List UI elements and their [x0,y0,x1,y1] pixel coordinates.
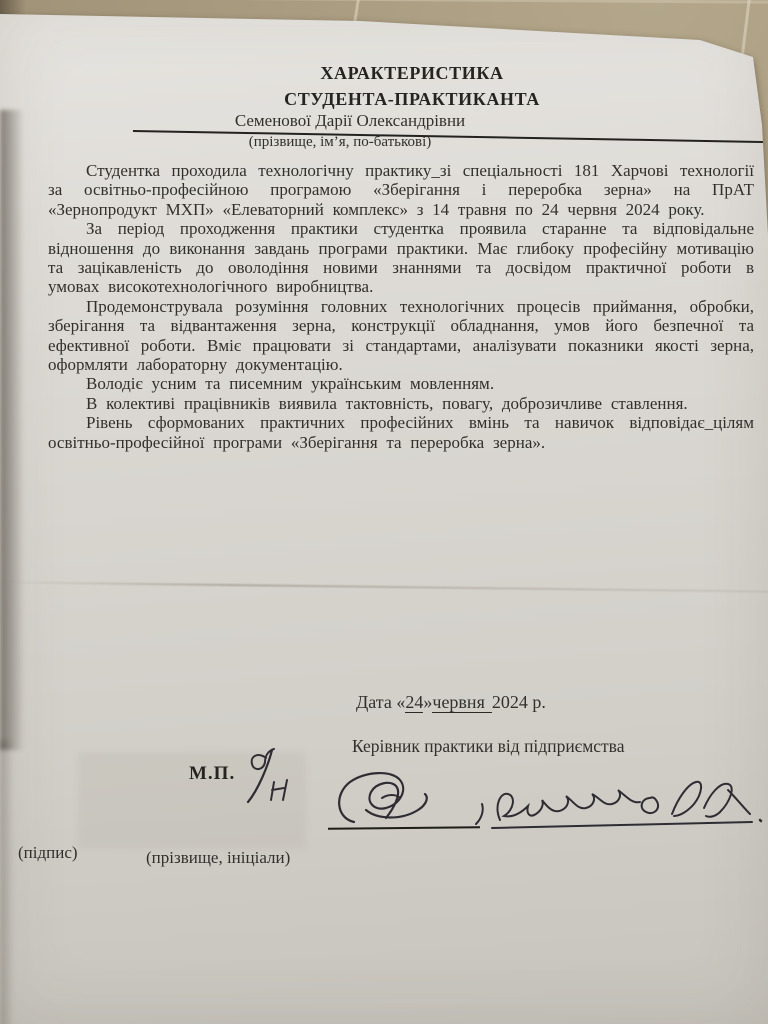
date-prefix: Дата « [356,692,405,712]
paragraph: Володіє усним та писемним українським мо… [48,374,754,393]
paragraph: Студентка проходила технологічну практик… [48,161,754,219]
student-name: Семенової Дарії Олександрівни [0,111,700,131]
signature-line [328,826,480,830]
signature-caption: (підпис) [18,843,78,863]
paragraph: За період проходження практики студентка… [48,219,754,297]
name-caption: (прізвище, ім’я, по-батькові) [0,134,680,151]
document-content: ХАРАКТЕРИСТИКА СТУДЕНТА-ПРАКТИКАНТА Семе… [0,0,768,1024]
paper-sheet: ХАРАКТЕРИСТИКА СТУДЕНТА-ПРАКТИКАНТА Семе… [0,0,768,1024]
supervisor-signature-icon [332,768,482,830]
stamp-place-label: М.П. [189,763,235,785]
date-month: червня [432,692,491,713]
document-photo: ХАРАКТЕРИСТИКА СТУДЕНТА-ПРАКТИКАНТА Семе… [0,0,768,1024]
paragraph: В колективі працівників виявила тактовні… [48,394,754,413]
document-title-line2: СТУДЕНТА-ПРАКТИКАНТА [56,89,768,110]
paper-edge-shadow [0,740,14,1024]
paragraph: Продемонструвала розуміння головних техн… [48,297,754,375]
date-after-day: » [423,692,432,712]
handwritten-comma-icon [474,802,486,826]
paper-edge-shadow [0,110,24,750]
surname-caption: (прізвище, ініціали) [146,848,290,868]
handwritten-bn-note-icon [232,742,302,808]
date-day: 24 [405,692,423,713]
body-text: Студентка проходила технологічну практик… [48,161,754,452]
supervisor-label: Керівник практики від підприємства [352,736,624,757]
paper-surface: ХАРАКТЕРИСТИКА СТУДЕНТА-ПРАКТИКАНТА Семе… [0,0,768,1024]
document-title-line1: ХАРАКТЕРИСТИКА [56,63,768,84]
ink-showthrough [78,752,306,849]
paper-crease [0,581,768,593]
date-year: 2024 р. [492,692,546,712]
paragraph: Рівень сформованих практичних професійни… [48,413,754,452]
name-underline [133,130,768,143]
date-line: Дата «24»червня2024 р. [356,692,546,713]
supervisor-handwritten-name-icon [490,774,766,836]
